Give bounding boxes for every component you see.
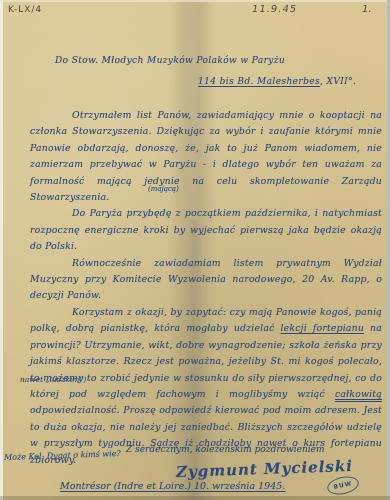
scan-edge-left [0, 0, 3, 500]
paragraph-2: Do Paryża przybędę z początkiem paździer… [30, 206, 382, 255]
scan-edge-bottom [0, 496, 390, 500]
letter-page: K-LX/4 11.9.45 1. Do Stow. Młodych Muzyk… [0, 0, 390, 500]
stamp-label: BUW [333, 480, 353, 491]
underlined-phrase-lekcji-fortepianu: lekcji fortepianu [281, 323, 365, 334]
paragraph-4-text: na prowincji? Utrzymanie, wikt, dobre wy… [30, 323, 382, 400]
place-and-date-line: Montrésor (Indre et Loire.) 10. września… [60, 481, 285, 492]
paragraph-3: Równocześnie zawiadamiam listem prywatny… [30, 256, 382, 305]
archival-code: K-LX/4 [8, 5, 42, 15]
address-line-2: 114 bis Bd. Malesherbes, XVII°. [198, 77, 356, 87]
address-street: 114 bis Bd. Malesherbes [198, 77, 320, 87]
double-underlined-word-calkowita: całkowitą [335, 389, 382, 400]
library-oval-stamp: BUW [326, 474, 361, 497]
received-date: 11.9.45 [252, 4, 297, 15]
address-district: , XVII°. [320, 77, 356, 87]
interline-insertion-note: (mającą) [148, 185, 179, 193]
letter-body: Otrzymałem list Panów, zawiadamiający mn… [30, 108, 382, 469]
address-line-1: Do Stow. Młodych Muzyków Polaków w Paryż… [55, 56, 285, 66]
paragraph-1: Otrzymałem list Panów, zawiadamiający mn… [30, 108, 382, 206]
left-margin-note: nawet „ludzkim”) [20, 375, 86, 384]
scan-edge-top [0, 0, 390, 2]
page-number: 1. [362, 4, 372, 15]
closing-salutation: Z serdecznym, koleżeńskim pozdrowieniem [126, 445, 325, 455]
